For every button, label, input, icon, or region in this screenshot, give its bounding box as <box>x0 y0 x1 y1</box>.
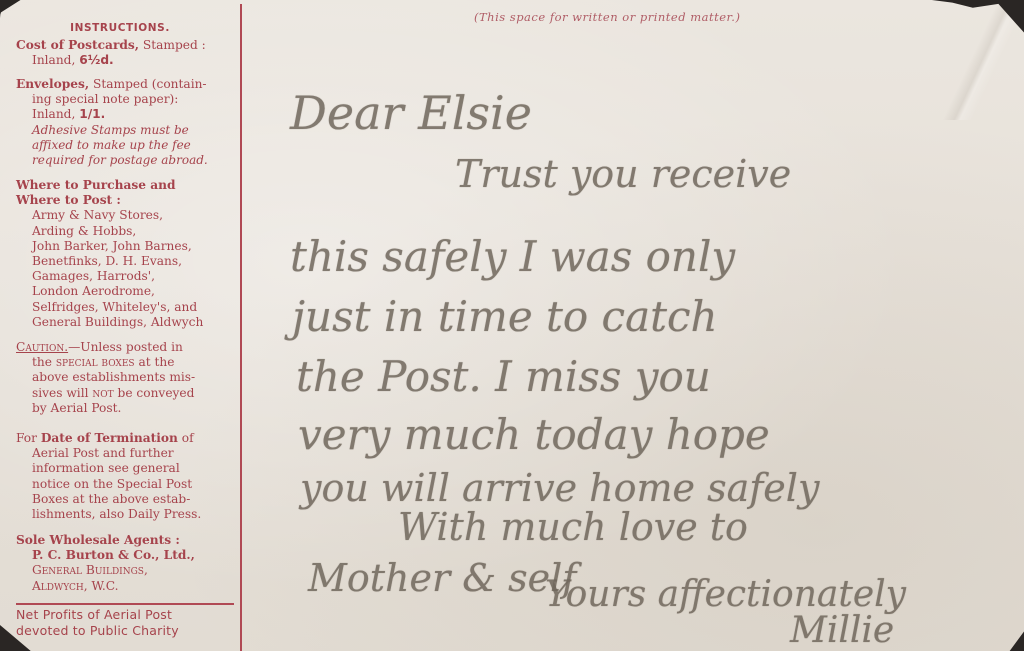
store-item: Arding & Hobbs, <box>16 224 234 239</box>
store-item: Gamages, Harrods', <box>16 269 234 284</box>
store-item: John Barker, John Barnes, <box>16 239 234 254</box>
instructions-column: Instructions. Cost of Postcards, Stamped… <box>0 0 240 651</box>
store-item: Benetfinks, D. H. Evans, <box>16 254 234 269</box>
envelopes: Envelopes, Stamped (contain- ing special… <box>16 77 234 168</box>
handwritten-line: With much love to <box>398 505 748 549</box>
handwritten-line: this safely I was only <box>290 232 735 281</box>
store-item: Army & Navy Stores, <box>16 208 234 223</box>
handwritten-line: just in time to catch <box>292 292 718 341</box>
corner-crease <box>940 0 1024 120</box>
handwritten-line: Yours affectionately <box>545 574 906 615</box>
wholesale-agents: Sole Wholesale Agents : P. C. Burton & C… <box>16 533 234 594</box>
handwritten-line: the Post. I miss you <box>296 352 711 401</box>
space-note: (This space for written or printed matte… <box>474 10 740 24</box>
termination-notice: For Date of Termination of Aerial Post a… <box>16 431 234 522</box>
handwritten-line: very much today hope <box>298 410 770 459</box>
handwritten-line: Dear Elsie <box>290 86 532 140</box>
store-item: General Buildings, Aldwych <box>16 315 234 330</box>
cost-postcards: Cost of Postcards, Stamped : Inland, 6½d… <box>16 38 234 68</box>
handwritten-line: Mother & self <box>308 556 576 600</box>
handwritten-line: you will arrive home safely <box>300 466 819 510</box>
handwritten-signature: Millie <box>790 610 894 651</box>
where-to-purchase: Where to Purchase and Where to Post : Ar… <box>16 178 234 330</box>
footer-divider <box>16 603 234 605</box>
instructions-heading: Instructions. <box>0 22 240 34</box>
postcard: Instructions. Cost of Postcards, Stamped… <box>0 0 1024 651</box>
column-divider <box>240 4 242 651</box>
handwritten-line: Trust you receive <box>455 152 791 196</box>
store-item: London Aerodrome, <box>16 284 234 299</box>
store-item: Selfridges, Whiteley's, and <box>16 300 234 315</box>
charity-footer: Net Profits of Aerial Post devoted to Pu… <box>16 607 236 639</box>
caution-notice: Caution.—Unless posted in the special bo… <box>16 340 234 416</box>
